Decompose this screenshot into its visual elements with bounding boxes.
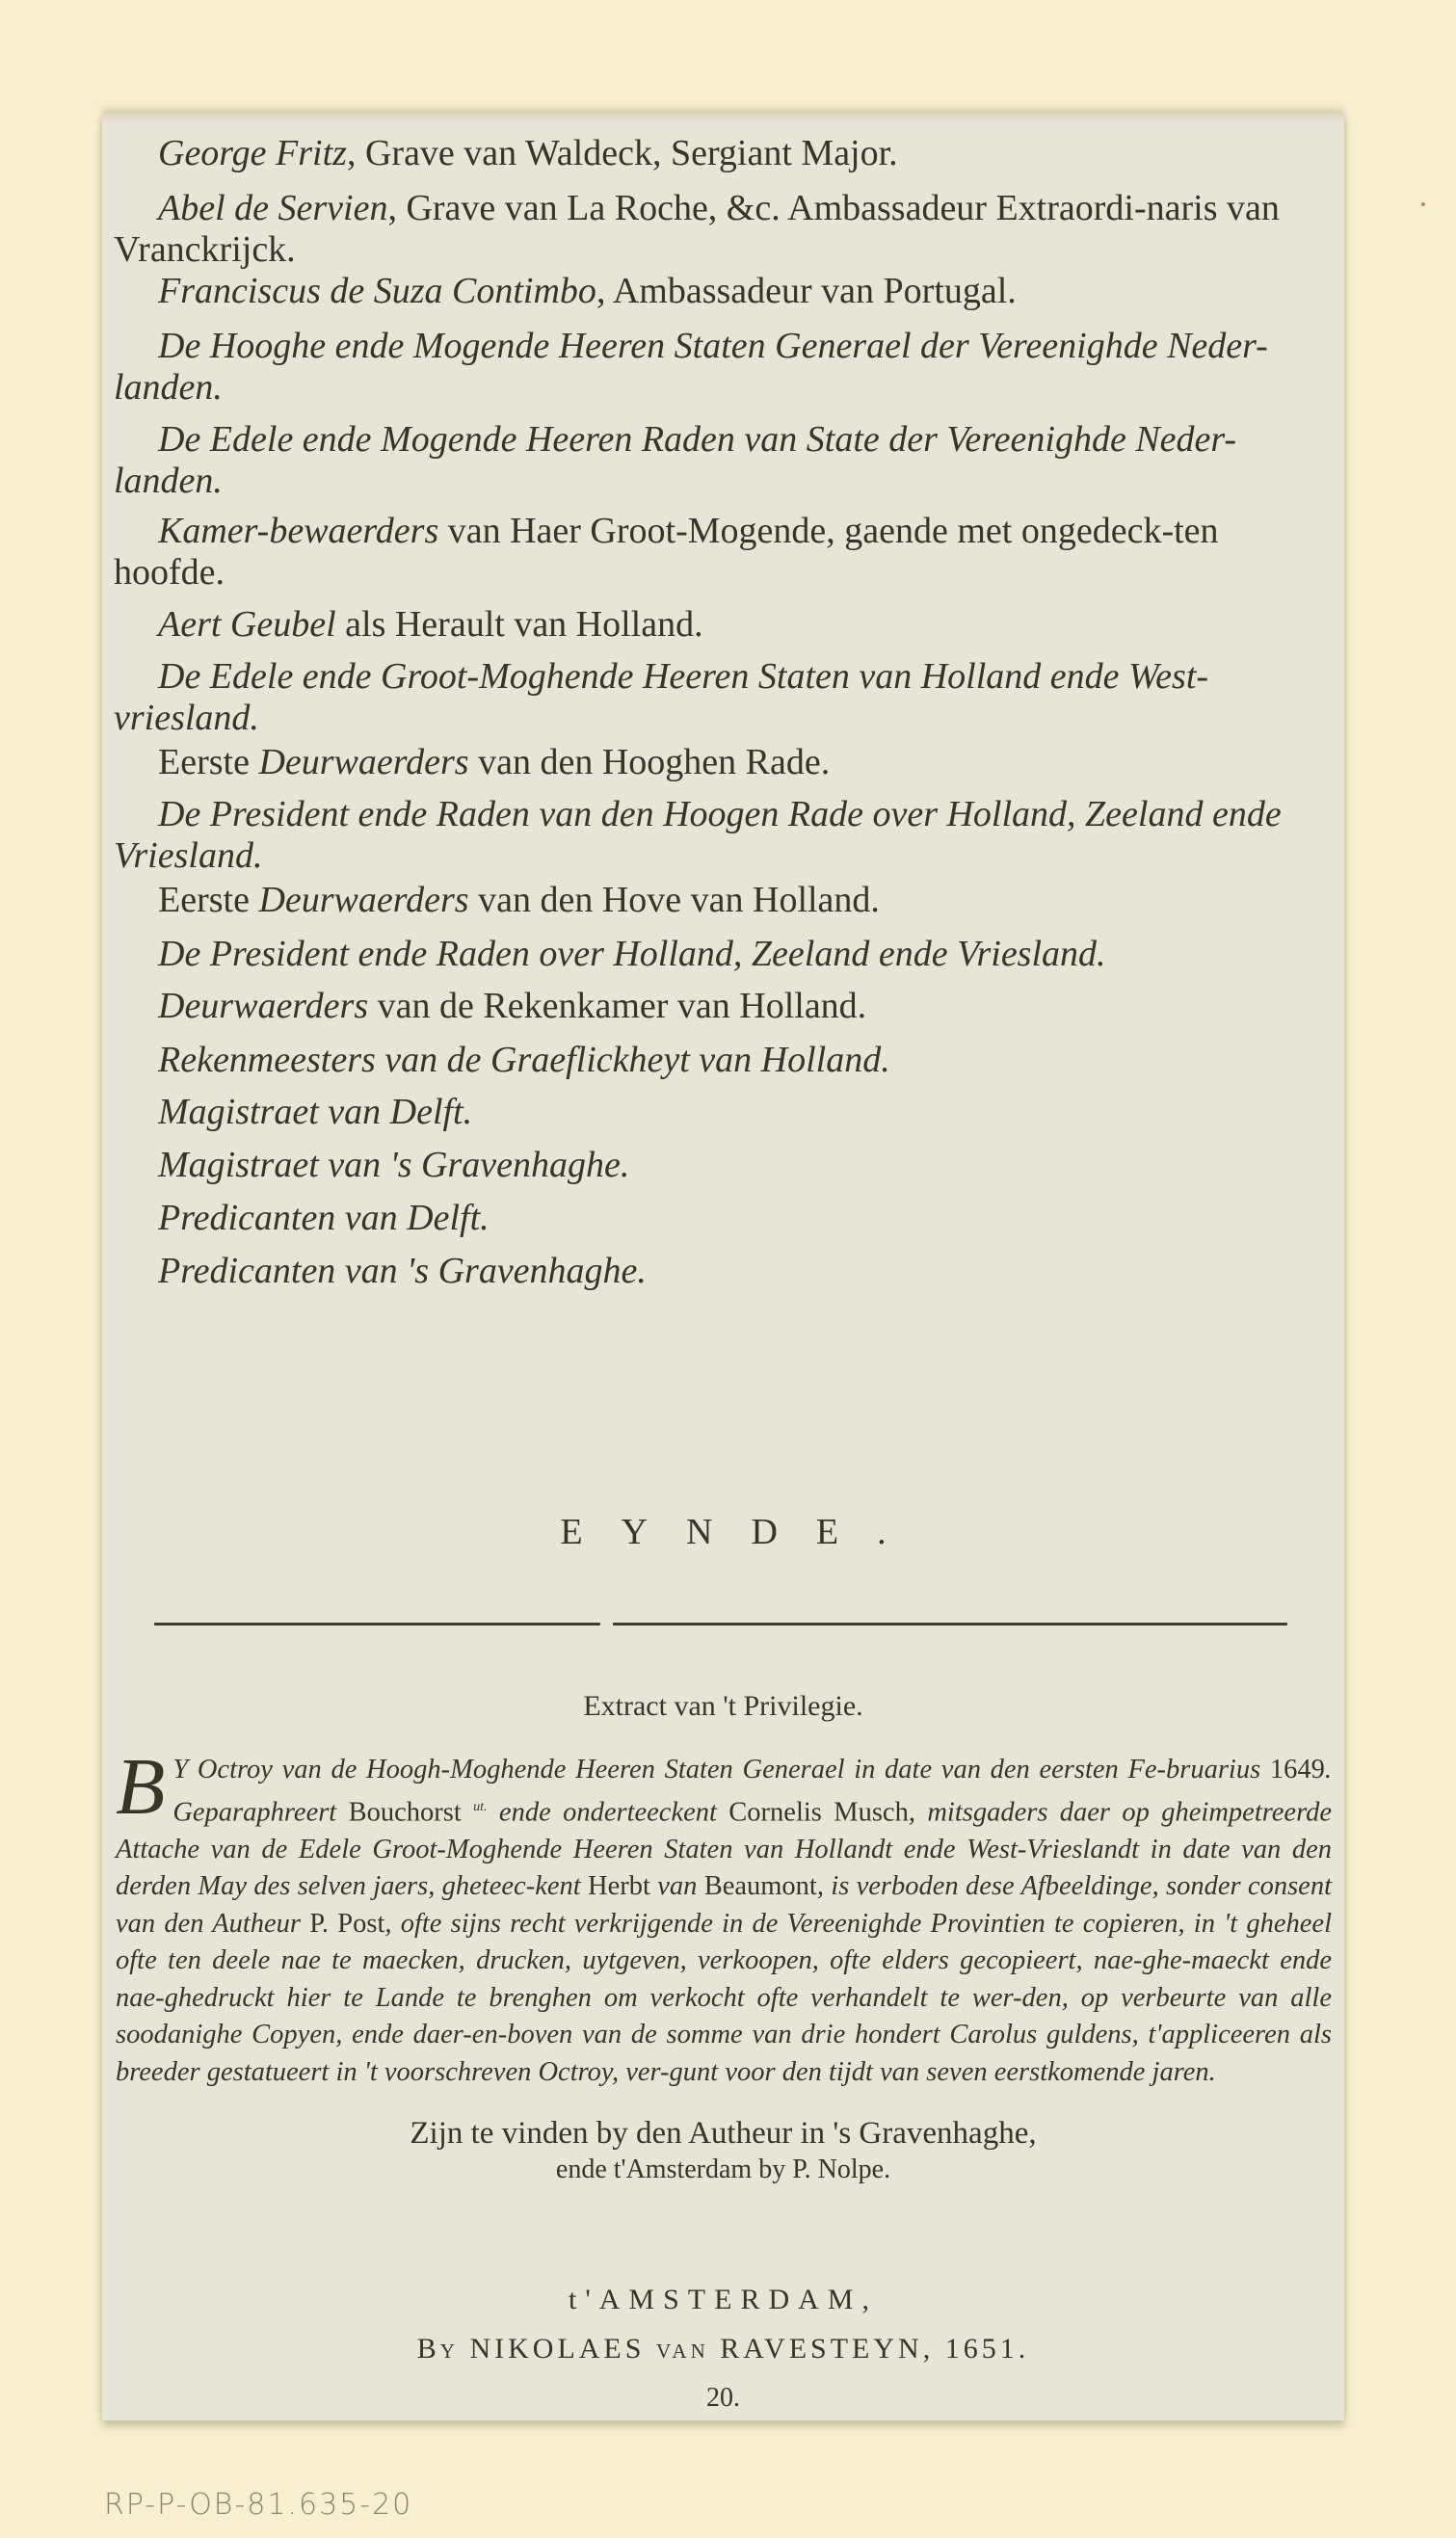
list-item: Franciscus de Suza Contimbo, Ambassadeur…	[114, 271, 1333, 312]
entry-text: Predicanten van Delft.	[158, 1198, 490, 1238]
entry-text: De Edele ende Mogende Heeren Raden van S…	[114, 419, 1236, 501]
entry-text: Kamer-bewaerders	[158, 511, 438, 551]
imprint-printer: By NIKOLAES van RAVESTEYN, 1651.	[102, 2333, 1344, 2366]
entry-text: Magistraet van Delft.	[158, 1092, 472, 1132]
page-number: 20.	[102, 2383, 1344, 2414]
entry-text: van den Hove van Holland.	[469, 880, 880, 920]
list-item: Magistraet van 's Gravenhaghe.	[114, 1145, 1333, 1186]
entry-text: Deurwaerders	[258, 742, 468, 782]
sales-line-1: Zijn te vinden by den Autheur in 's Grav…	[102, 2116, 1344, 2152]
entry-text: Rekenmeesters van de Graeflickheyt van H…	[158, 1040, 890, 1080]
drop-cap: B	[116, 1754, 165, 1821]
privilege-name: Bouchorst	[349, 1797, 462, 1827]
entry-text: Aert Geubel	[158, 604, 336, 645]
list-item: George Fritz, Grave van Waldeck, Sergian…	[114, 133, 1333, 174]
entry-text: Eerste	[158, 880, 258, 920]
entry-text: Eerste	[158, 742, 258, 782]
list-item: De Edele ende Groot-Moghende Heeren Stat…	[114, 656, 1333, 739]
red-speck	[1421, 202, 1425, 206]
list-item: Predicanten van Delft.	[114, 1198, 1333, 1239]
entry-text: Deurwaerders	[258, 880, 468, 920]
list-item: De Hooghe ende Mogende Heeren Staten Gen…	[114, 326, 1333, 409]
privilege-name: Herbt	[588, 1871, 650, 1901]
entry-text: Predicanten van 's Gravenhaghe.	[158, 1251, 647, 1291]
entry-text: Franciscus de Suza Contimbo	[158, 271, 596, 311]
eynde-heading: EYNDE.	[102, 1511, 1344, 1553]
entry-text: van den Hooghen Rade.	[469, 742, 831, 782]
list-item: De Edele ende Mogende Heeren Raden van S…	[114, 419, 1333, 502]
list-item: Aert Geubel als Herault van Holland.	[114, 604, 1333, 646]
privilege-name: Cornelis Musch	[728, 1797, 909, 1827]
list-item: Kamer-bewaerders van Haer Groot-Mogende,…	[114, 511, 1333, 594]
privilege-name: Beaumont	[704, 1871, 817, 1901]
privilege-title: Extract van 't Privilegie.	[102, 1690, 1344, 1723]
entry-text: als Herault van Holland.	[336, 604, 703, 645]
privilege-text: ende onderteeckent	[488, 1797, 729, 1827]
list-item: Eerste Deurwaerders van den Hooghen Rade…	[114, 742, 1333, 783]
privilege-year: 1649	[1270, 1755, 1325, 1785]
entry-text: De President ende Raden van den Hoogen R…	[114, 794, 1282, 876]
entry-text: , Ambassadeur van Portugal.	[596, 271, 1017, 311]
printed-page: George Fritz, Grave van Waldeck, Sergian…	[102, 114, 1344, 2420]
privilege-text: van	[650, 1871, 704, 1901]
list-item: Predicanten van 's Gravenhaghe.	[114, 1251, 1333, 1292]
catalog-number: RP-P-OB-81.635-20	[104, 2488, 412, 2522]
entry-text: , Grave van Waldeck, Sergiant Major.	[347, 133, 898, 173]
privilege-name: P. Post	[309, 1909, 384, 1939]
entry-text: De President ende Raden over Holland, Ze…	[158, 934, 1106, 974]
entry-text: Deurwaerders	[158, 986, 368, 1026]
entry-text: Abel de Servien	[158, 188, 387, 228]
entry-text: De Hooghe ende Mogende Heeren Staten Gen…	[114, 326, 1268, 408]
divider-left	[154, 1623, 600, 1626]
imprint-city: t'AMSTERDAM,	[102, 2284, 1344, 2316]
entry-text: van de Rekenkamer van Holland.	[368, 986, 866, 1026]
entry-text: De Edele ende Groot-Moghende Heeren Stat…	[114, 656, 1208, 738]
divider-right	[613, 1623, 1287, 1626]
privilege-sup: ut.	[473, 1800, 487, 1814]
privilege-text: Y Octroy van de Hoogh-Moghende Heeren St…	[172, 1755, 1270, 1785]
list-item: Magistraet van Delft.	[114, 1092, 1333, 1133]
list-item: Abel de Servien, Grave van La Roche, &c.…	[114, 188, 1333, 271]
sales-line-2: ende t'Amsterdam by P. Nolpe.	[102, 2155, 1344, 2185]
list-item: Eerste Deurwaerders van den Hove van Hol…	[114, 880, 1333, 921]
list-item: Rekenmeesters van de Graeflickheyt van H…	[114, 1040, 1333, 1081]
list-item: De President ende Raden van den Hoogen R…	[114, 794, 1333, 877]
list-item: De President ende Raden over Holland, Ze…	[114, 934, 1333, 975]
entry-text: George Fritz	[158, 133, 347, 173]
privilege-paragraph: BY Octroy van de Hoogh-Moghende Heeren S…	[116, 1752, 1332, 2091]
entry-text: Magistraet van 's Gravenhaghe.	[158, 1145, 629, 1185]
list-item: Deurwaerders van de Rekenkamer van Holla…	[114, 986, 1333, 1027]
